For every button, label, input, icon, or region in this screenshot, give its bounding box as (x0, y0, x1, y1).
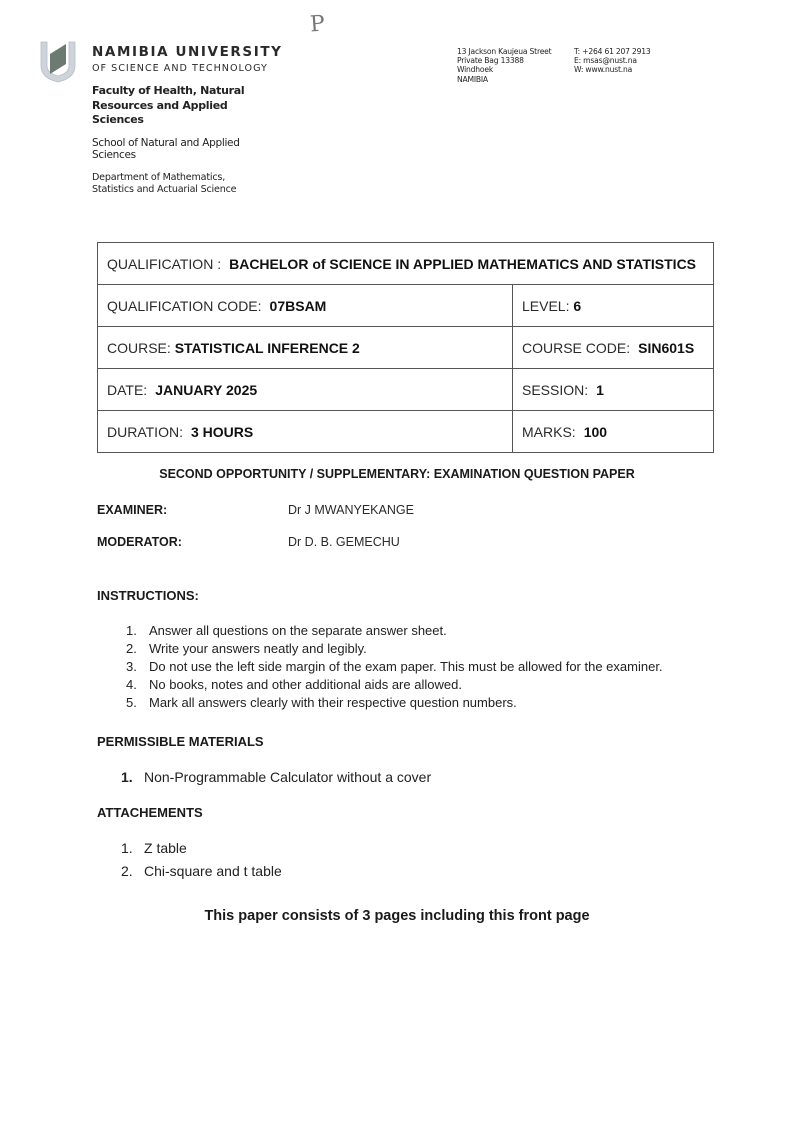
address-line: Windhoek (457, 65, 551, 74)
list-item: 2.Chi-square and t table (121, 860, 621, 883)
level-cell: LEVEL: 6 (513, 285, 714, 327)
level-value: 6 (573, 298, 581, 314)
duration-cell: DURATION:3 HOURS (98, 411, 513, 453)
instructions-list: 1.Answer all questions on the separate a… (126, 622, 726, 712)
list-item: 5.Mark all answers clearly with their re… (126, 694, 726, 712)
session-value: 1 (596, 382, 604, 398)
item-text: Z table (144, 837, 187, 860)
item-text: No books, notes and other additional aid… (149, 676, 462, 694)
item-number: 1. (126, 622, 149, 640)
course-cell: COURSE: STATISTICAL INFERENCE 2 (98, 327, 513, 369)
session-cell: SESSION:1 (513, 369, 714, 411)
address-line: NAMIBIA (457, 75, 551, 84)
school-line: Sciences (92, 149, 272, 161)
postal-address: 13 Jackson Kaujeua Street Private Bag 13… (457, 47, 551, 84)
duration-label: DURATION: (107, 424, 183, 440)
item-text: Mark all answers clearly with their resp… (149, 694, 517, 712)
website-line: W: www.nust.na (574, 65, 651, 74)
faculty-name: Faculty of Health, Natural Resources and… (92, 84, 272, 128)
session-label: SESSION: (522, 382, 588, 398)
date-row: DATE:JANUARY 2025 SESSION:1 (98, 369, 714, 411)
date-value: JANUARY 2025 (155, 382, 257, 398)
attachments-heading: ATTACHEMENTS (97, 805, 203, 820)
faculty-line: Faculty of Health, Natural (92, 84, 272, 99)
permissible-materials-list: 1.Non-Programmable Calculator without a … (121, 766, 621, 789)
qualification-value: BACHELOR of SCIENCE IN APPLIED MATHEMATI… (229, 256, 696, 272)
exam-info-table: QUALIFICATION :BACHELOR of SCIENCE IN AP… (97, 242, 714, 453)
item-number: 2. (126, 640, 149, 658)
department-name: Department of Mathematics, Statistics an… (92, 172, 272, 196)
date-cell: DATE:JANUARY 2025 (98, 369, 513, 411)
page-count-note: This paper consists of 3 pages including… (0, 908, 794, 924)
course-value: STATISTICAL INFERENCE 2 (175, 340, 360, 356)
marks-label: MARKS: (522, 424, 576, 440)
item-text: Chi-square and t table (144, 860, 282, 883)
permissible-materials-heading: PERMISSIBLE MATERIALS (97, 734, 264, 749)
list-item: 4.No books, notes and other additional a… (126, 676, 726, 694)
examiner-label: EXAMINER: (97, 503, 167, 517)
school-line: School of Natural and Applied (92, 137, 272, 149)
course-label: COURSE: (107, 340, 171, 356)
moderator-value: Dr D. B. GEMECHU (288, 535, 400, 549)
paper-title: SECOND OPPORTUNITY / SUPPLEMENTARY: EXAM… (0, 467, 794, 481)
date-label: DATE: (107, 382, 147, 398)
qualification-label: QUALIFICATION : (107, 256, 221, 272)
item-number: 1. (121, 837, 144, 860)
item-text: Do not use the left side margin of the e… (149, 658, 663, 676)
university-subtitle: OF SCIENCE AND TECHNOLOGY (92, 63, 268, 74)
address-line: Private Bag 13388 (457, 56, 551, 65)
examiner-value: Dr J MWANYEKANGE (288, 503, 414, 517)
item-text: Non-Programmable Calculator without a co… (144, 766, 431, 789)
address-line: 13 Jackson Kaujeua Street (457, 47, 551, 56)
list-item: 3.Do not use the left side margin of the… (126, 658, 726, 676)
moderator-label: MODERATOR: (97, 535, 182, 549)
course-row: COURSE: STATISTICAL INFERENCE 2 COURSE C… (98, 327, 714, 369)
attachments-list: 1.Z table 2.Chi-square and t table (121, 837, 621, 883)
faculty-line: Resources and Applied (92, 99, 272, 114)
qualification-code-label: QUALIFICATION CODE: (107, 298, 262, 314)
list-item: 1.Non-Programmable Calculator without a … (121, 766, 621, 789)
university-logo-icon (38, 38, 78, 84)
item-number: 4. (126, 676, 149, 694)
duration-row: DURATION:3 HOURS MARKS:100 (98, 411, 714, 453)
duration-value: 3 HOURS (191, 424, 253, 440)
qualification-row: QUALIFICATION :BACHELOR of SCIENCE IN AP… (98, 243, 714, 285)
item-number: 5. (126, 694, 149, 712)
level-label: LEVEL: (522, 298, 569, 314)
list-item: 1.Answer all questions on the separate a… (126, 622, 726, 640)
department-line: Department of Mathematics, (92, 172, 272, 184)
university-name: NAMIBIA UNIVERSITY (92, 44, 283, 60)
contact-details: T: +264 61 207 2913 E: msas@nust.na W: w… (574, 47, 651, 75)
marks-value: 100 (584, 424, 607, 440)
qualification-code-row: QUALIFICATION CODE:07BSAM LEVEL: 6 (98, 285, 714, 327)
qualification-code-cell: QUALIFICATION CODE:07BSAM (98, 285, 513, 327)
course-code-label: COURSE CODE: (522, 340, 630, 356)
course-code-value: SIN601S (638, 340, 694, 356)
department-line: Statistics and Actuarial Science (92, 184, 272, 196)
qualification-code-value: 07BSAM (270, 298, 327, 314)
phone-line: T: +264 61 207 2913 (574, 47, 651, 56)
item-number: 2. (121, 860, 144, 883)
item-text: Write your answers neatly and legibly. (149, 640, 367, 658)
handwritten-mark: P (309, 12, 326, 38)
item-text: Answer all questions on the separate ans… (149, 622, 447, 640)
item-number: 3. (126, 658, 149, 676)
course-code-cell: COURSE CODE:SIN601S (513, 327, 714, 369)
marks-cell: MARKS:100 (513, 411, 714, 453)
email-line: E: msas@nust.na (574, 56, 651, 65)
item-number: 1. (121, 766, 144, 789)
instructions-heading: INSTRUCTIONS: (97, 588, 199, 603)
list-item: 2.Write your answers neatly and legibly. (126, 640, 726, 658)
list-item: 1.Z table (121, 837, 621, 860)
qualification-cell: QUALIFICATION :BACHELOR of SCIENCE IN AP… (98, 243, 714, 285)
school-name: School of Natural and Applied Sciences (92, 137, 272, 161)
faculty-line: Sciences (92, 113, 272, 128)
